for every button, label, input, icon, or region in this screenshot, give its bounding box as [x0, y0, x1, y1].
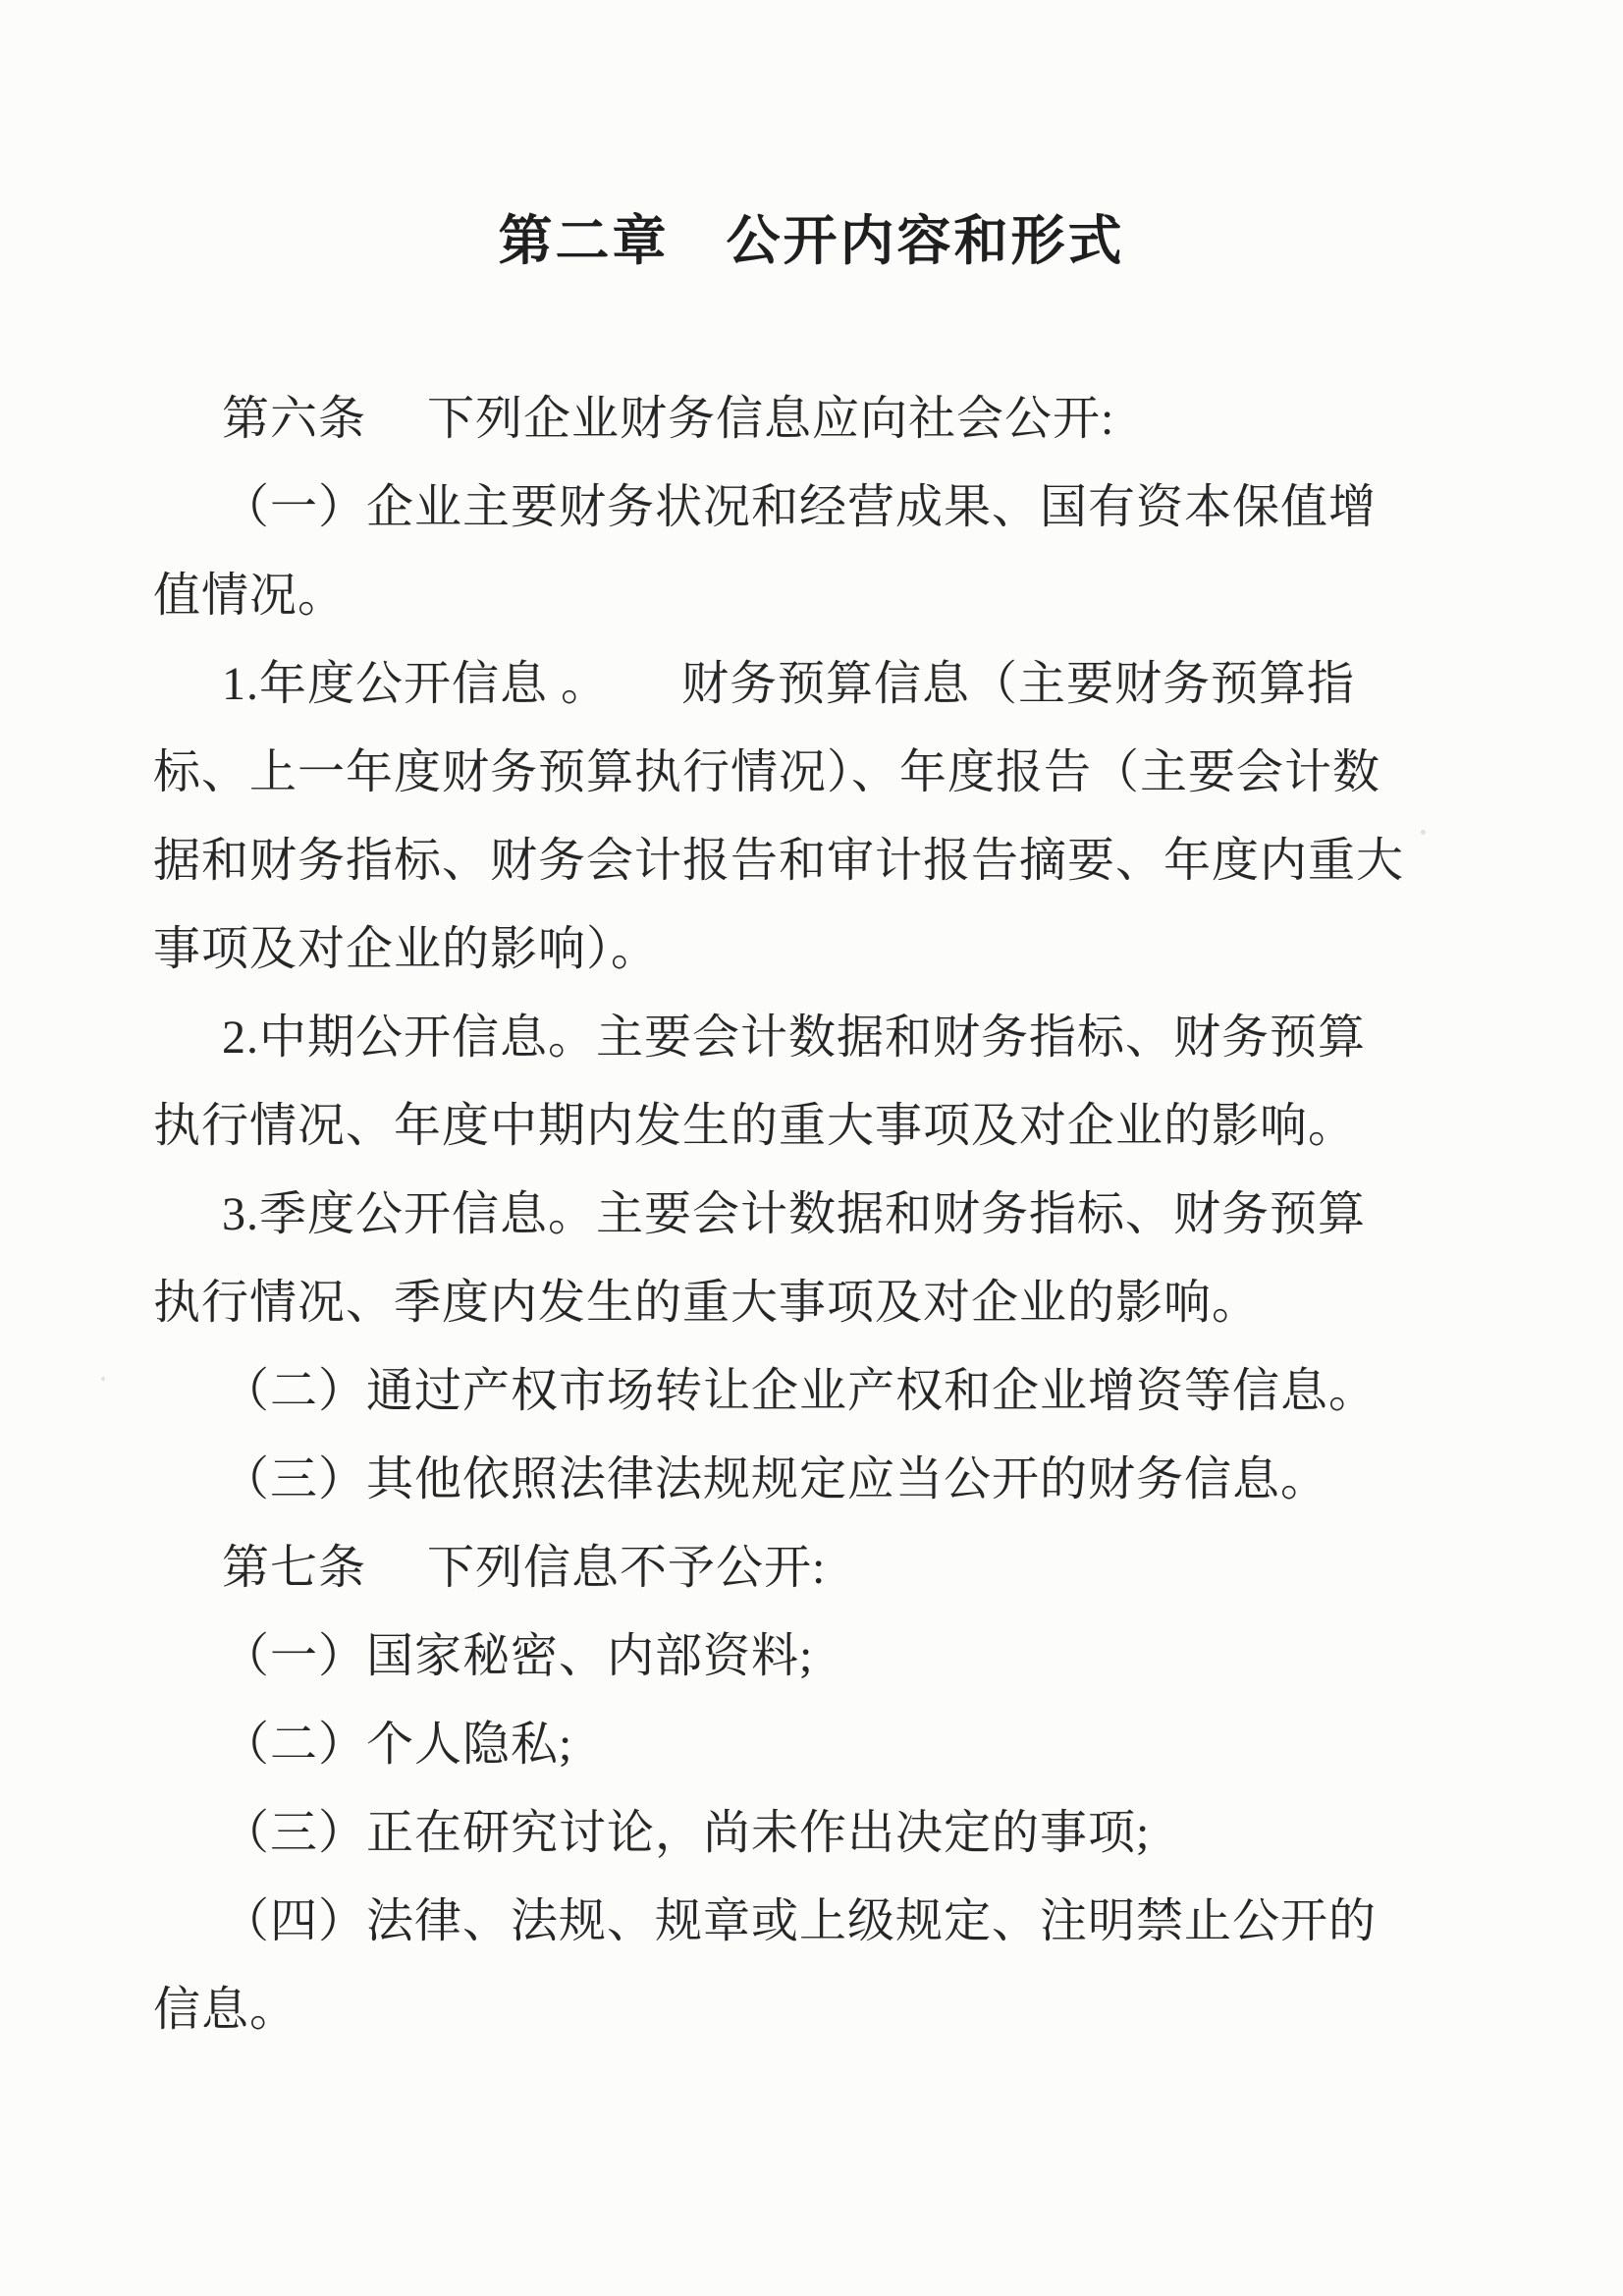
document-line: 第六条 下列企业财务信息应向社会公开: [153, 375, 1390, 464]
document-line: 值情况。 [153, 552, 1390, 640]
document-page: 第二章 公开内容和形式 第六条 下列企业财务信息应向社会公开:（一）企业主要财务… [0, 0, 1623, 2296]
chapter-title: 第二章 公开内容和形式 [0, 214, 1623, 268]
document-line: 第七条 下列信息不予公开: [153, 1524, 1390, 1613]
document-line: 执行情况、季度内发生的重大事项及对企业的影响。 [153, 1259, 1390, 1347]
document-line: （四）法律、法规、规章或上级规定、注明禁止公开的 [153, 1878, 1390, 1966]
document-line: 2.中期公开信息。主要会计数据和财务指标、财务预算 [153, 994, 1390, 1082]
document-line: （二）通过产权市场转让企业产权和企业增资等信息。 [153, 1347, 1390, 1436]
scan-speck [101, 1377, 105, 1381]
document-line: （一）企业主要财务状况和经营成果、国有资本保值增 [153, 464, 1390, 552]
document-line: （一）国家秘密、内部资料; [153, 1613, 1390, 1701]
document-body: 第六条 下列企业财务信息应向社会公开:（一）企业主要财务状况和经营成果、国有资本… [153, 375, 1390, 2054]
document-line: 3.季度公开信息。主要会计数据和财务指标、财务预算 [153, 1171, 1390, 1259]
document-line: 事项及对企业的影响）。 [153, 905, 1390, 994]
document-line: 标、上一年度财务预算执行情况）、年度报告（主要会计数 [153, 729, 1390, 817]
document-line: （三）其他依照法律法规规定应当公开的财务信息。 [153, 1436, 1390, 1524]
scan-speck [1421, 830, 1426, 835]
document-line: （三）正在研究讨论，尚未作出决定的事项; [153, 1789, 1390, 1878]
document-line: 据和财务指标、财务会计报告和审计报告摘要、年度内重大 [153, 817, 1390, 905]
document-line: 1.年度公开信息 。 财务预算信息（主要财务预算指 [153, 640, 1390, 729]
document-line: 执行情况、年度中期内发生的重大事项及对企业的影响。 [153, 1082, 1390, 1171]
document-line: 信息。 [153, 1966, 1390, 2054]
document-line: （二）个人隐私; [153, 1701, 1390, 1789]
